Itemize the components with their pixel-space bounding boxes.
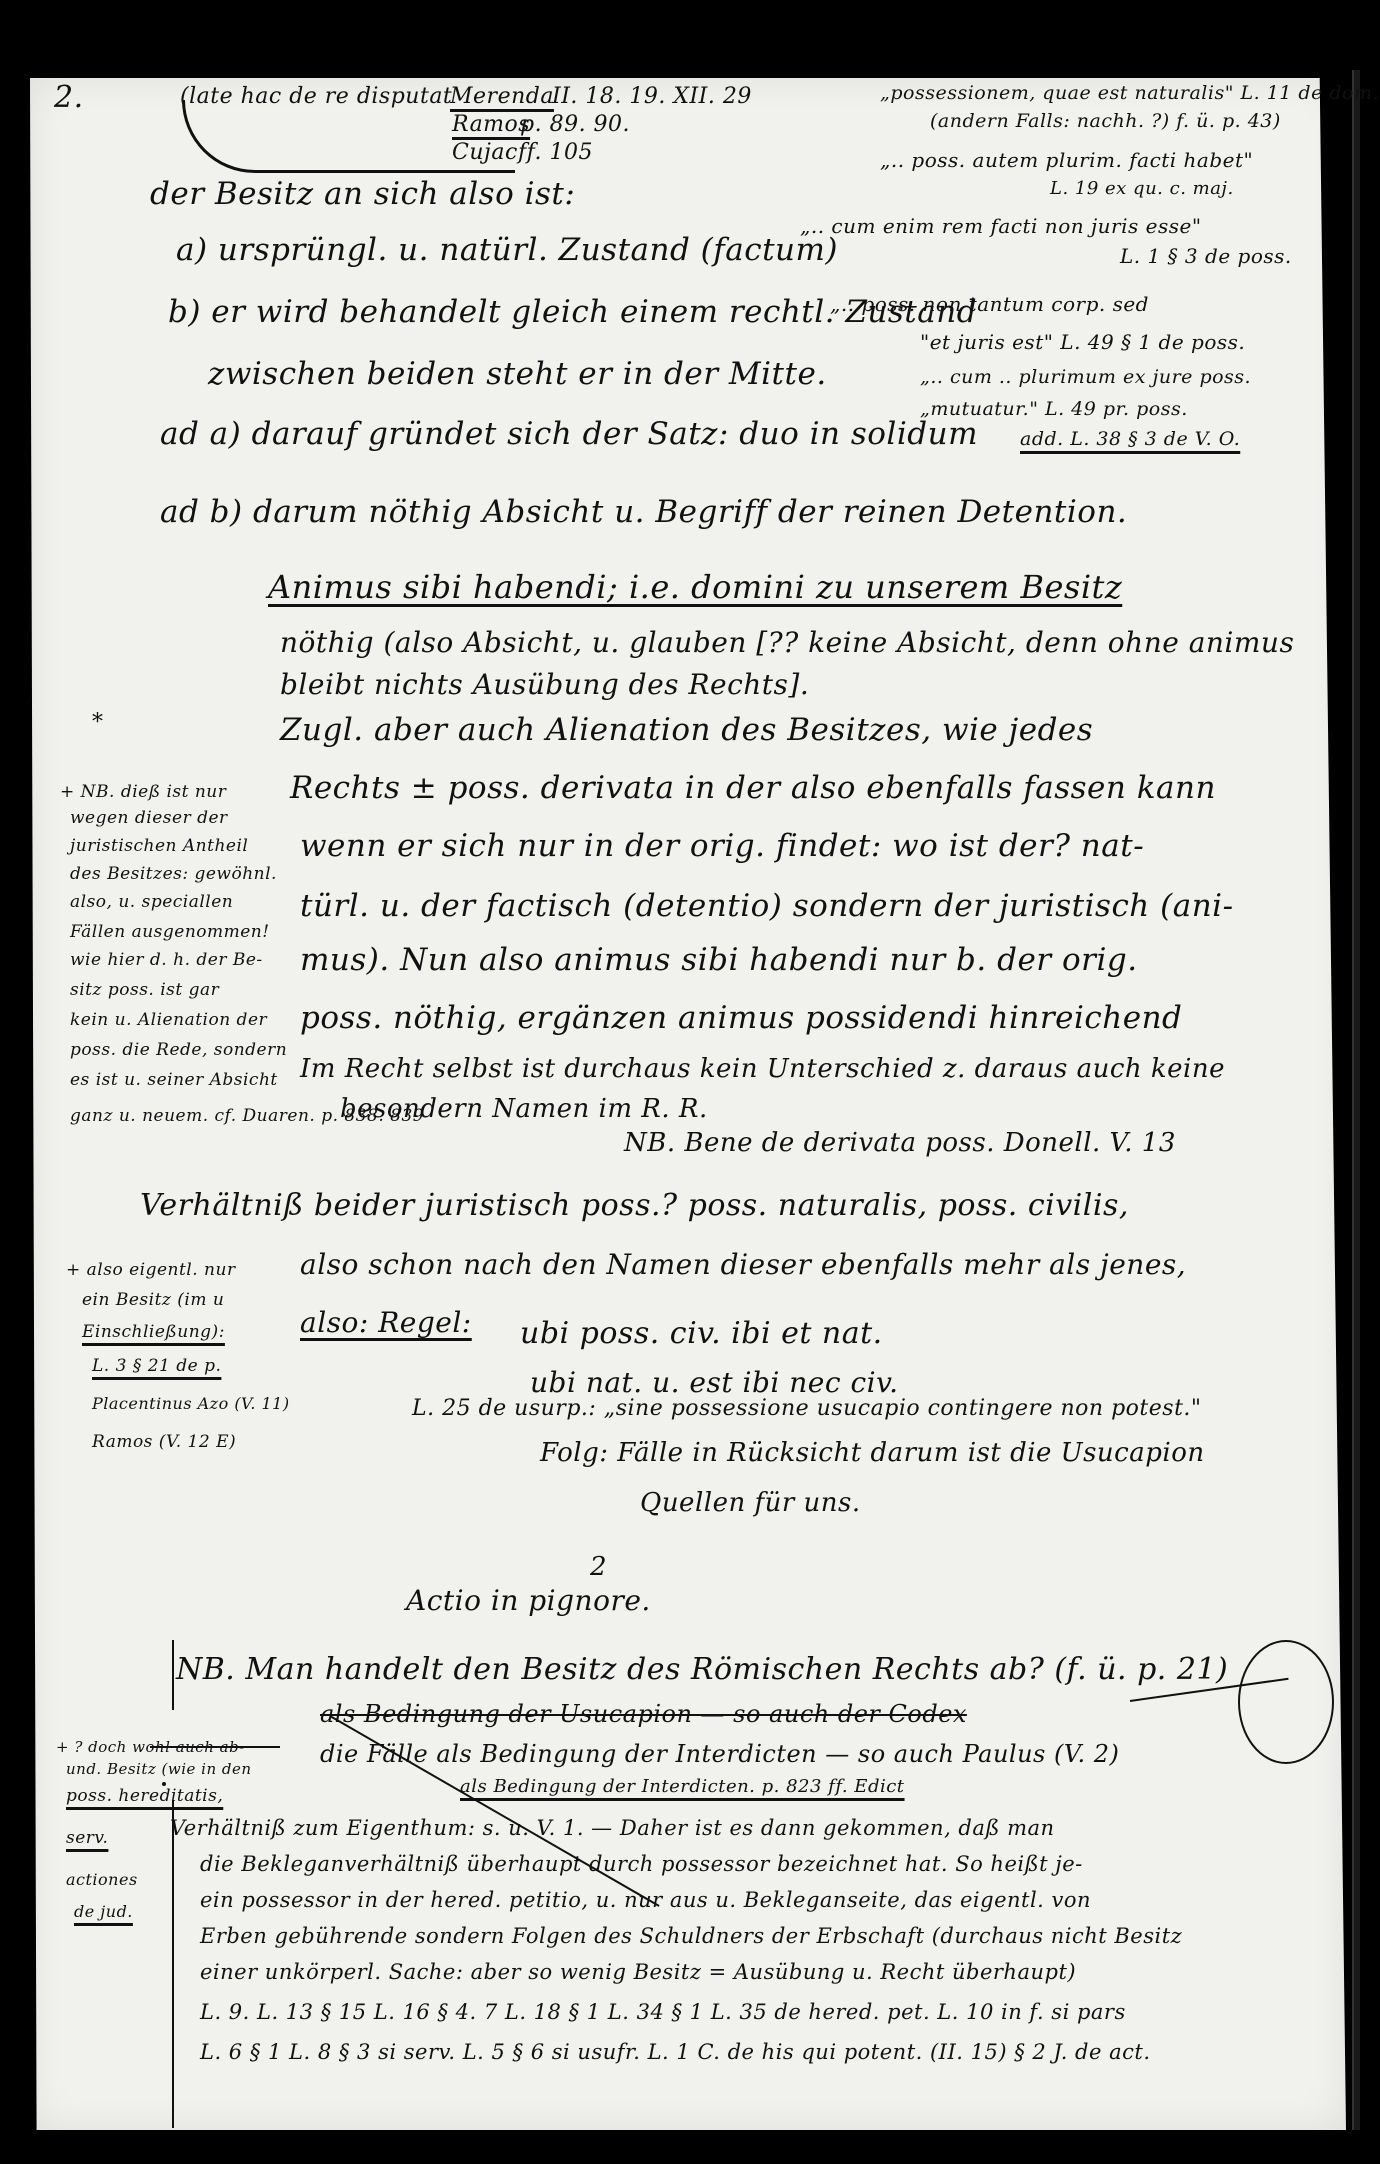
body-line: ad b) darum nöthig Absicht u. Begriff de… [160, 494, 1127, 530]
section-line: die Fälle als Bedingung der Interdicten … [320, 1740, 1119, 1768]
margin-note-3-line: de jud. [74, 1902, 133, 1921]
body-line: nöthig (also Absicht, u. glauben [?? kei… [280, 626, 1294, 659]
body-line: ubi nat. u. est ibi nec civ. [530, 1366, 898, 1399]
body-line: ad a) darauf gründet sich der Satz: duo … [160, 416, 978, 452]
body-line-verhaeltniss: Verhältniß beider juristisch poss.? poss… [140, 1188, 1129, 1223]
section-line: L. 9. L. 13 § 15 L. 16 § 4. 7 L. 18 § 1 … [200, 2000, 1126, 2024]
margin-rule [150, 1746, 280, 1748]
margin-note-1-line: poss. die Rede, sondern [70, 1040, 287, 1060]
quote-3b: L. 1 § 3 de poss. [1120, 244, 1292, 268]
body-line: b) er wird behandelt gleich einem rechtl… [168, 294, 977, 330]
ref-cujac-loc: ff. 105 [518, 140, 593, 165]
margin-note-1-line: sitz poss. ist gar [70, 980, 219, 1000]
section-line: NB. Man handelt den Besitz des Römischen… [176, 1652, 1228, 1687]
body-line: Folg: Fälle in Rücksicht darum ist die U… [540, 1438, 1205, 1468]
paulus-circle [1238, 1640, 1334, 1764]
margin-note-2-line: Ramos (V. 12 E) [92, 1432, 236, 1452]
page-edge [1352, 70, 1360, 2130]
header-bracket [182, 100, 515, 173]
section-line-ref: als Bedingung der Interdicten. p. 823 ff… [460, 1776, 905, 1797]
body-line: Im Recht selbst ist durchaus kein Unters… [300, 1054, 1225, 1084]
margin-rule [172, 1800, 174, 2128]
section-line: Erben gebührende sondern Folgen des Schu… [200, 1924, 1182, 1948]
body-line: zwischen beiden steht er in der Mitte. [208, 356, 827, 392]
margin-note-1-line: des Besitzes: gewöhnl. [70, 864, 277, 884]
quote-1b: (andern Falls: nachh. ?) f. ü. p. 43) [930, 110, 1281, 132]
body-line: der Besitz an sich also ist: [150, 176, 575, 212]
body-line-regel: also: Regel: [300, 1306, 472, 1339]
quote-5: „.. cum .. plurimum ex jure poss. [920, 366, 1251, 388]
ref-merenda-loc: II. 18. 19. XII. 29 [552, 84, 752, 109]
body-line-nb-donell: NB. Bene de derivata poss. Donell. V. 13 [624, 1128, 1176, 1158]
margin-note-1-line: also, u. speciallen [70, 892, 233, 912]
margin-note-2-line: Einschließung): [82, 1322, 225, 1342]
section-line-struck: als Bedingung der Usucapion — so auch de… [320, 1700, 967, 1728]
section-title: Actio in pignore. [406, 1584, 651, 1617]
margin-note-1-line: wie hier d. h. der Be- [70, 950, 263, 970]
section-line: einer unkörperl. Sache: aber so wenig Be… [200, 1960, 1076, 1984]
margin-note-2-line: ein Besitz (im u [82, 1290, 224, 1310]
margin-note-2-line: + also eigentl. nur [66, 1260, 236, 1280]
margin-note-1-line: Fällen ausgenommen! [70, 922, 270, 942]
margin-note-1-line: + NB. dieß ist nur [60, 782, 226, 802]
margin-box [162, 1782, 166, 1786]
body-line: türl. u. der factisch (detentio) sondern… [300, 888, 1234, 924]
margin-note-3-line: actiones [66, 1870, 138, 1889]
body-line-animus: Animus sibi habendi; i.e. domini zu unse… [268, 568, 1122, 606]
margin-note-1-line: wegen dieser der [70, 808, 228, 828]
margin-note-1-line: es ist u. seiner Absicht [70, 1070, 278, 1090]
section-line: die Bekleganverhältniß überhaupt durch p… [200, 1852, 1083, 1876]
section-line: Verhältniß zum Eigenthum: s. u. V. 1. — … [170, 1816, 1055, 1840]
margin-note-2-line: L. 3 § 21 de p. [92, 1356, 221, 1376]
body-line: Quellen für uns. [640, 1488, 861, 1518]
quote-3: „.. cum enim rem facti non juris esse" [800, 214, 1202, 238]
margin-note-1-line: juristischen Antheil [70, 836, 248, 856]
quote-2: „.. poss. autem plurim. facti habet" [880, 148, 1253, 172]
section-bracket [172, 1640, 174, 1710]
body-line: also schon nach den Namen dieser ebenfal… [300, 1248, 1186, 1281]
quote-4b: "et juris est" L. 49 § 1 de poss. [920, 330, 1245, 354]
quote-2b: L. 19 ex qu. c. maj. [1050, 178, 1234, 199]
quote-1: „possessionem, quae est naturalis" L. 11… [880, 82, 1379, 104]
body-line: Rechts ± poss. derivata in der also eben… [290, 770, 1216, 806]
page-number: 2. [54, 80, 84, 115]
section-marker: 2 [590, 1552, 607, 1582]
body-line: ubi poss. civ. ibi et nat. [520, 1316, 883, 1351]
margin-note-3-line: und. Besitz (wie in den [66, 1760, 252, 1778]
body-line: a) ursprüngl. u. natürl. Zustand (factum… [176, 232, 838, 268]
margin-note-1-line: ganz u. neuem. cf. Duaren. p. 838. 839 [70, 1106, 424, 1126]
margin-note-2-line: Placentinus Azo (V. 11) [92, 1394, 290, 1413]
margin-note-3-line: poss. hereditatis, [66, 1786, 223, 1806]
ref-ramos-loc: p. 89. 90. [520, 112, 630, 137]
body-line: poss. nöthig, ergänzen animus possidendi… [300, 1000, 1182, 1036]
quote-5c: add. L. 38 § 3 de V. O. [1020, 428, 1240, 450]
margin-note-1-line: kein u. Alienation der [70, 1010, 267, 1030]
body-line: Zugl. aber auch Alienation des Besitzes,… [280, 712, 1093, 748]
body-line: L. 25 de usurp.: „sine possessione usuca… [412, 1396, 1202, 1421]
section-line: ein possessor in der hered. petitio, u. … [200, 1888, 1091, 1912]
star-mark: * [92, 710, 104, 735]
section-line: L. 6 § 1 L. 8 § 3 si serv. L. 5 § 6 si u… [200, 2040, 1151, 2064]
margin-note-3-line: serv. [66, 1828, 108, 1848]
body-line: wenn er sich nur in der orig. findet: wo… [300, 828, 1144, 864]
body-line: bleibt nichts Ausübung des Rechts]. [280, 668, 809, 701]
body-line: mus). Nun also animus sibi habendi nur b… [300, 942, 1138, 978]
